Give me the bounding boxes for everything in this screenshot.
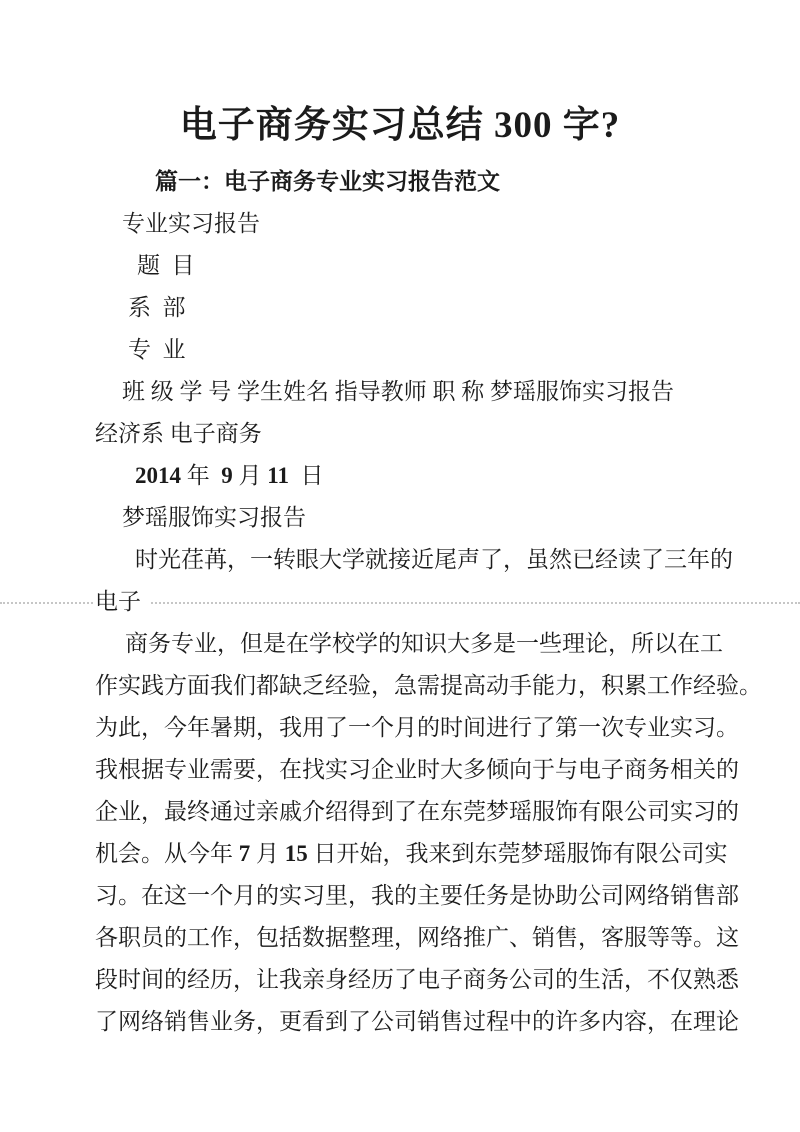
page-title: 电子商务实习总结 300 字? bbox=[0, 94, 800, 148]
doc-line-text: 篇一：电子商务专业实习报告范文 bbox=[155, 169, 500, 194]
doc-line-text: 段时间的经历，让我亲身经历了电子商务公司的生活，不仅熟悉 bbox=[95, 967, 739, 992]
doc-line-text: 电子 bbox=[95, 589, 151, 614]
doc-line-text: 专 业 bbox=[128, 337, 186, 362]
doc-line: 经济系 电子商务 bbox=[95, 413, 720, 455]
doc-line-text: 系 部 bbox=[128, 295, 186, 320]
doc-line: 我根据专业需要，在找实习企业时大多倾向于与电子商务相关的 bbox=[95, 749, 720, 791]
doc-line-text: 专业实习报告 bbox=[122, 211, 260, 236]
doc-line-text: 企业，最终通过亲戚介绍得到了在东莞梦瑶服饰有限公司实习的 bbox=[95, 799, 739, 824]
doc-line: 专 业 bbox=[128, 329, 720, 371]
doc-line-text: 梦瑶服饰实习报告 bbox=[122, 505, 306, 530]
doc-line: 时光荏苒，一转眼大学就接近尾声了，虽然已经读了三年的 bbox=[135, 539, 720, 581]
doc-line: 商务专业，但是在学校学的知识大多是一些理论，所以在工 bbox=[125, 623, 720, 665]
doc-line: 专业实习报告 bbox=[122, 203, 720, 245]
doc-line-text: 班 级 学 号 学生姓名 指导教师 职 称 梦瑶服饰实习报告 bbox=[122, 379, 674, 404]
doc-line-text: 作实践方面我们都缺乏经验，急需提高动手能力，积累工作经验。 bbox=[95, 673, 762, 698]
doc-line: 段时间的经历，让我亲身经历了电子商务公司的生活，不仅熟悉 bbox=[95, 959, 720, 1001]
doc-line: 作实践方面我们都缺乏经验，急需提高动手能力，积累工作经验。 bbox=[95, 665, 720, 707]
doc-line: 机会。从今年 7 月 15 日开始，我来到东莞梦瑶服饰有限公司实 bbox=[95, 833, 720, 875]
document-body: 篇一：电子商务专业实习报告范文 专业实习报告 题 目 系 部 专 业 班 级 学… bbox=[95, 161, 720, 1043]
doc-line-date: 2014 年 9 月 11 日 bbox=[135, 455, 720, 497]
doc-line-text: 各职员的工作，包括数据整理，网络推广、销售，客服等等。这 bbox=[95, 925, 739, 950]
doc-line-text: 了网络销售业务，更看到了公司销售过程中的许多内容，在理论 bbox=[95, 1009, 739, 1034]
doc-line-text: 商务专业，但是在学校学的知识大多是一些理论，所以在工 bbox=[125, 631, 723, 656]
doc-line: 习。在这一个月的实习里，我的主要任务是协助公司网络销售部 bbox=[95, 875, 720, 917]
doc-line: 各职员的工作，包括数据整理，网络推广、销售，客服等等。这 bbox=[95, 917, 720, 959]
doc-line-section-heading: 篇一：电子商务专业实习报告范文 bbox=[155, 161, 720, 203]
doc-line: 梦瑶服饰实习报告 bbox=[122, 497, 720, 539]
doc-line-text: 习。在这一个月的实习里，我的主要任务是协助公司网络销售部 bbox=[95, 883, 739, 908]
doc-line-text: 题 目 bbox=[137, 253, 195, 278]
doc-line: 企业，最终通过亲戚介绍得到了在东莞梦瑶服饰有限公司实习的 bbox=[95, 791, 720, 833]
doc-line-text: 经济系 电子商务 bbox=[95, 421, 262, 446]
doc-line: 为此，今年暑期，我用了一个月的时间进行了第一次专业实习。 bbox=[95, 707, 720, 749]
doc-line-text: 我根据专业需要，在找实习企业时大多倾向于与电子商务相关的 bbox=[95, 757, 739, 782]
doc-line-on-page-break: 电子 bbox=[95, 581, 720, 623]
doc-line: 系 部 bbox=[128, 287, 720, 329]
doc-line-text: 为此，今年暑期，我用了一个月的时间进行了第一次专业实习。 bbox=[95, 715, 739, 740]
doc-line-text: 时光荏苒，一转眼大学就接近尾声了，虽然已经读了三年的 bbox=[135, 547, 733, 572]
doc-line: 了网络销售业务，更看到了公司销售过程中的许多内容，在理论 bbox=[95, 1001, 720, 1043]
doc-line-text: 机会。从今年 7 月 15 日开始，我来到东莞梦瑶服饰有限公司实 bbox=[95, 841, 728, 866]
document-page: 电子商务实习总结 300 字? 篇一：电子商务专业实习报告范文 专业实习报告 题… bbox=[0, 0, 800, 1132]
doc-line: 班 级 学 号 学生姓名 指导教师 职 称 梦瑶服饰实习报告 bbox=[122, 371, 720, 413]
doc-line: 题 目 bbox=[137, 245, 720, 287]
doc-line-text: 2014 年 9 月 11 日 bbox=[135, 463, 323, 488]
